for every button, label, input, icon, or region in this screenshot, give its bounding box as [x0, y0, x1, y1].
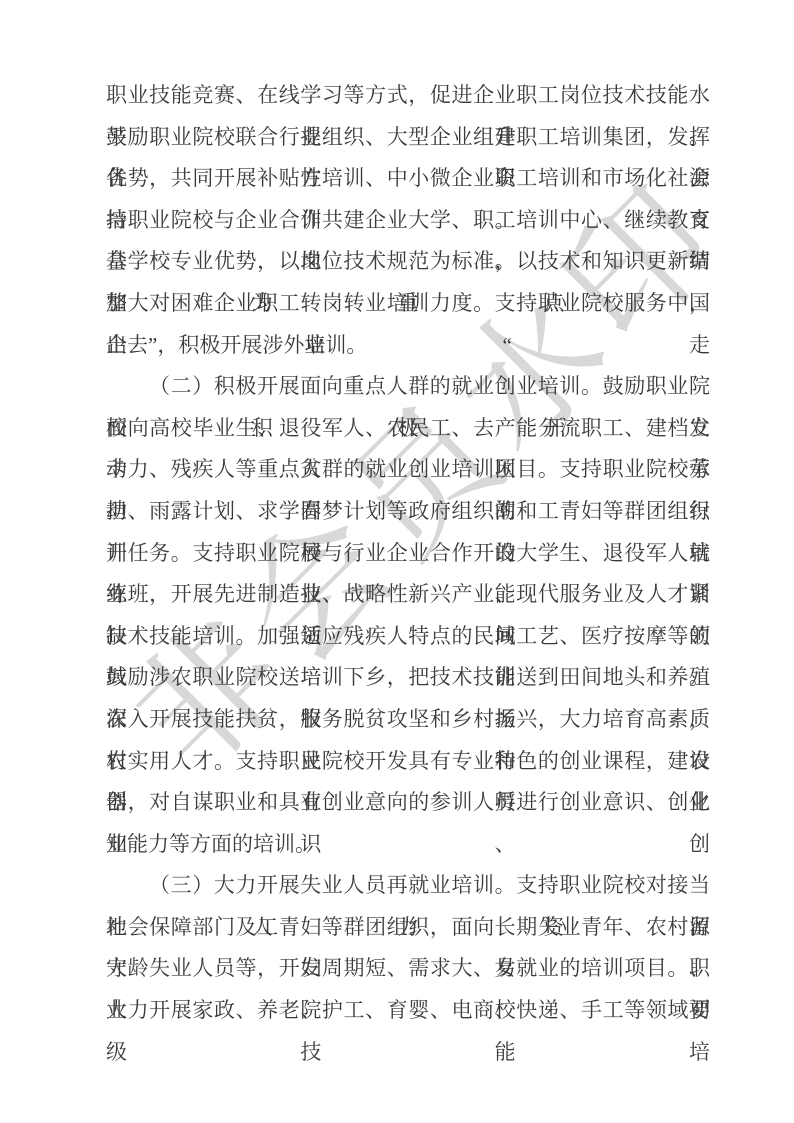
- text-line: 持职业院校与企业合作共建企业大学、职工培训中心、继续教育基地。结: [106, 200, 710, 242]
- text-line: 技术技能培训。加强适应残疾人特点的民间工艺、医疗按摩等领域培训。: [106, 616, 710, 658]
- paragraph: （二）积极开展面向重点人群的就业创业培训。鼓励职业院校积极开发面向高校毕业生、退…: [106, 366, 710, 865]
- text-line: 动、雨露计划、求学圆梦计划等政府组织的和工青妇等群团组织开展的培: [106, 491, 710, 533]
- text-line: （二）积极开展面向重点人群的就业创业培训。鼓励职业院校积极开发: [106, 366, 710, 408]
- paragraph: （三）大力开展失业人员再就业培训。支持职业院校对接当地人力资源社会保障部门及工青…: [106, 865, 710, 1031]
- document-body: 职业技能竞赛、在线学习等方式，促进企业职工岗位技术技能水平提升。鼓励职业院校联合…: [106, 75, 710, 1032]
- text-line: 鼓励职业院校联合行业组织、大型企业组建职工培训集团，发挥各方资源: [106, 117, 710, 159]
- text-line: 面向高校毕业生、退役军人、农民工、去产能分流职工、建档立卡贫困劳: [106, 408, 710, 450]
- text-line: （三）大力开展失业人员再就业培训。支持职业院校对接当地人力资源: [106, 865, 710, 907]
- text-line: 大龄失业人员等，开发周期短、需求大、易就业的培训项目。职业院校要: [106, 948, 710, 990]
- text-line: 社会保障部门及工青妇等群团组织，面向长期失业青年、农村留守妇女、: [106, 907, 710, 949]
- text-line: 动力、残疾人等重点人群的就业创业培训项目。支持职业院校承担春潮行: [106, 449, 710, 491]
- text-line: 深入开展技能扶贫，服务脱贫攻坚和乡村振兴，大力培育高素质农民和农: [106, 699, 710, 741]
- text-line: 器，对自谋职业和具有创业意向的参训人员进行创业意识、创业知识、创: [106, 782, 710, 824]
- document-page: 非会员水印 职业技能竞赛、在线学习等方式，促进企业职工岗位技术技能水平提升。鼓励…: [0, 0, 794, 1123]
- text-line: 鼓励涉农职业院校送培训下乡，把技术技能送到田间地头和养殖农牧场，: [106, 657, 710, 699]
- text-line: 职业技能竞赛、在线学习等方式，促进企业职工岗位技术技能水平提升。: [106, 75, 710, 117]
- text-line: 练班，开展先进制造业、战略性新兴产业、现代服务业及人才紧缺领域的: [106, 574, 710, 616]
- paragraph: 职业技能竞赛、在线学习等方式，促进企业职工岗位技术技能水平提升。鼓励职业院校联合…: [106, 75, 710, 366]
- text-line: 村实用人才。支持职业院校开发具有专业特色的创业课程，建设创业孵化: [106, 741, 710, 783]
- text-line: 加大对困难企业职工转岗转业培训力度。支持职业院校服务中国企业“走: [106, 283, 710, 325]
- text-line: 优势，共同开展补贴性培训、中小微企业职工培训和市场化社会培训。支: [106, 158, 710, 200]
- text-line: 合学校专业优势，以岗位技术规范为标准，以技术和知识更新调整为重点，: [106, 241, 710, 283]
- text-line: 大力开展家政、养老、护工、育婴、电商、快递、手工等领域初级技能培: [106, 990, 710, 1032]
- text-line: 训任务。支持职业院校与行业企业合作开设大学生、退役军人就业技能训: [106, 533, 710, 575]
